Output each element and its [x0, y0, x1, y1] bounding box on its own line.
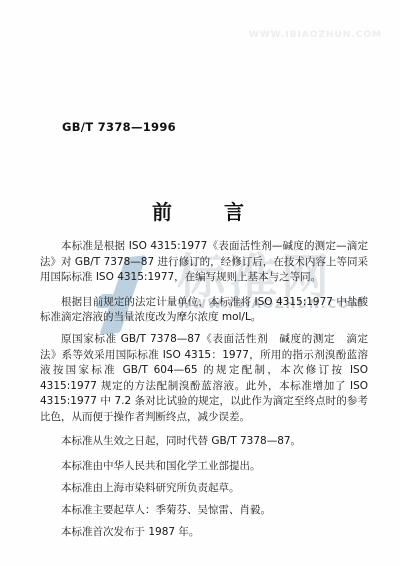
foreword-body: 本标准是根据 ISO 4315:1977《表面活性剂—碱度的测定—滴定法》对 G… [40, 239, 368, 547]
foreword-paragraph-2: 根据目前规定的法定计量单位，本标准将 ISO 4315:1977 中盐酸标准滴定… [40, 295, 368, 326]
foreword-paragraph-3: 原国家标准 GB/T 7378—87《表面活性剂 碱度的测定 滴定法》系等效采用… [40, 332, 368, 425]
foreword-paragraph-6: 本标准由上海市染料研究所负责起草。 [40, 481, 368, 497]
foreword-paragraph-1: 本标准是根据 ISO 4315:1977《表面活性剂—碱度的测定—滴定法》对 G… [40, 239, 368, 286]
page-title: 前 言 [0, 196, 400, 225]
doc-number: GB/T 7378—1996 [62, 120, 176, 134]
foreword-paragraph-5: 本标准由中华人民共和国化学工业部提出。 [40, 459, 368, 475]
foreword-paragraph-7: 本标准主要起草人：季菊芬、吴惊雷、肖毅。 [40, 503, 368, 519]
foreword-paragraph-4: 本标准从生效之日起，同时代替 GB/T 7378—87。 [40, 434, 368, 450]
document-page: WWW.IBIAOZHUN.COM GB/T 7378—1996 前 言 标准网… [0, 0, 400, 566]
foreword-paragraph-8: 本标准首次发布于 1987 年。 [40, 525, 368, 541]
watermark-url-top-right: WWW.IBIAOZHUN.COM [249, 30, 382, 40]
